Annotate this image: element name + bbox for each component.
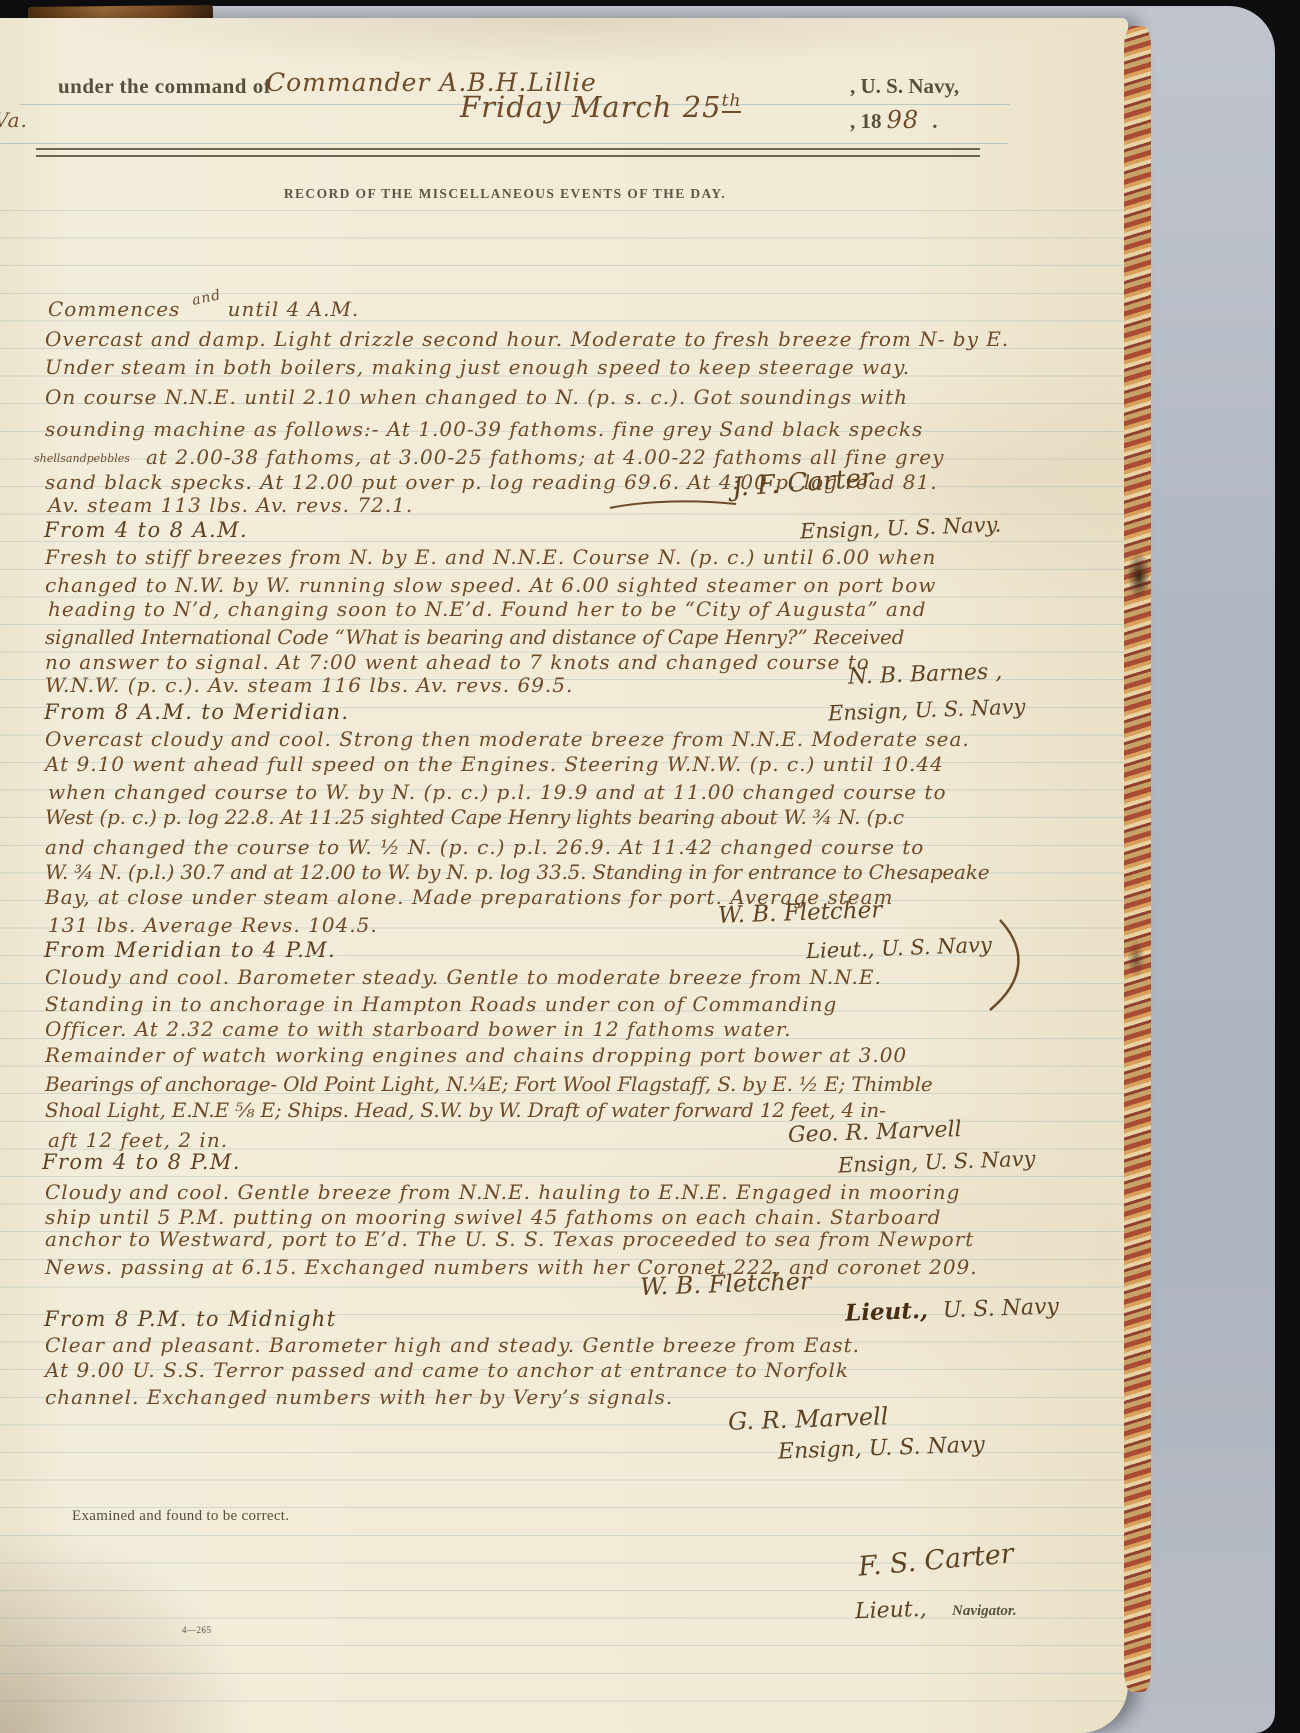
watch-header: From 8 A.M. to Meridian. bbox=[44, 700, 350, 724]
margin-note-va: Va. bbox=[0, 108, 28, 132]
log-line: and changed the course to W. ½ N. (p. c.… bbox=[45, 835, 924, 859]
form-number: 4—265 bbox=[182, 1625, 212, 1635]
log-line: At 9.00 U. S.S. Terror passed and came t… bbox=[45, 1358, 849, 1382]
navigator-title: Navigator. bbox=[952, 1603, 1017, 1620]
log-line: Av. steam 113 lbs. Av. revs. 72.1. bbox=[48, 493, 413, 517]
year-prefix: , 18 bbox=[850, 109, 882, 133]
record-title: RECORD OF THE MISCELLANEOUS EVENTS OF TH… bbox=[0, 186, 1010, 202]
log-line: sounding machine as follows:- At 1.00-39… bbox=[45, 417, 923, 441]
log-line: 131 lbs. Average Revs. 104.5. bbox=[48, 913, 378, 937]
examined-note: Examined and found to be correct. bbox=[72, 1508, 289, 1525]
log-line: Overcast and damp. Light drizzle second … bbox=[45, 327, 1009, 351]
log-line: signalled International Code “What is be… bbox=[45, 625, 904, 649]
log-line: Fresh to stiff breezes from N. by E. and… bbox=[45, 545, 936, 569]
log-line: Bearings of anchorage- Old Point Light, … bbox=[45, 1072, 933, 1096]
commences-text: Commences bbox=[48, 297, 180, 321]
header-divider-rule bbox=[36, 148, 980, 157]
watch-header: From 4 to 8 P.M. bbox=[42, 1150, 241, 1174]
pen-flourish bbox=[608, 496, 738, 512]
book-fore-edge bbox=[1124, 26, 1151, 1692]
navy-suffix-label: , U. S. Navy, bbox=[850, 74, 959, 99]
year-line: , 18 98 . bbox=[850, 106, 937, 134]
log-line: At 9.10 went ahead full speed on the Eng… bbox=[45, 752, 944, 776]
navigator-rank: Lieut., bbox=[855, 1597, 928, 1624]
date-ordinal: th bbox=[722, 91, 742, 113]
watch-header: From Meridian to 4 P.M. bbox=[44, 938, 336, 962]
log-line: Cloudy and cool. Gentle breeze from N.N.… bbox=[45, 1180, 960, 1204]
watch-header: From 4 to 8 A.M. bbox=[44, 518, 248, 542]
date-text: Friday March 25 bbox=[460, 90, 722, 124]
date-handwritten: Friday March 25th bbox=[460, 90, 741, 124]
log-line: heading to N’d, changing soon to N.E’d. … bbox=[48, 597, 927, 621]
log-line: On course N.N.E. until 2.10 when changed… bbox=[45, 385, 908, 409]
log-line-commences: Commencesanduntil 4 A.M. bbox=[48, 297, 359, 321]
log-line: Overcast cloudy and cool. Strong then mo… bbox=[45, 727, 970, 751]
signature-rank-rest: U. S. Navy bbox=[943, 1294, 1060, 1323]
log-line: Remainder of watch working engines and c… bbox=[45, 1043, 907, 1067]
log-line: aft 12 feet, 2 in. bbox=[48, 1128, 228, 1152]
logbook-page: under the command of Commander A.B.H.Lil… bbox=[0, 18, 1128, 1733]
log-line: no answer to signal. At 7:00 went ahead … bbox=[45, 650, 870, 674]
log-line: Clear and pleasant. Barometer high and s… bbox=[45, 1333, 860, 1357]
log-line: changed to N.W. by W. running slow speed… bbox=[45, 573, 936, 597]
ruled-line bbox=[0, 143, 1008, 144]
log-line: Shoal Light, E.N.E ⅝ E; Ships. Head, S.W… bbox=[45, 1098, 886, 1122]
log-line: News. passing at 6.15. Exchanged numbers… bbox=[45, 1255, 978, 1279]
log-line: Under steam in both boilers, making just… bbox=[45, 355, 910, 379]
signature: G. R. Marvell bbox=[728, 1402, 889, 1436]
log-line: Officer. At 2.32 came to with starboard … bbox=[45, 1017, 792, 1041]
inserted-note: shellsandpebbles bbox=[34, 452, 130, 465]
log-line: Standing in to anchorage in Hampton Road… bbox=[45, 992, 837, 1016]
signature: W. B. Fletcher bbox=[640, 1267, 812, 1301]
log-line: W. ¾ N. (p.l.) 30.7 and at 12.00 to W. b… bbox=[45, 860, 989, 884]
photo-background: { "header": { "command_prefix": "under t… bbox=[0, 0, 1300, 1733]
command-prefix-label: under the command of bbox=[58, 74, 271, 99]
watch-header: From 8 P.M. to Midnight bbox=[44, 1307, 337, 1331]
year-period: . bbox=[932, 109, 937, 133]
log-line: West (p. c.) p. log 22.8. At 11.25 sight… bbox=[45, 805, 904, 829]
log-line: Cloudy and cool. Barometer steady. Gentl… bbox=[45, 965, 882, 989]
log-line: W.N.W. (p. c.). Av. steam 116 lbs. Av. r… bbox=[45, 673, 573, 697]
year-handwritten: 98 bbox=[887, 106, 920, 134]
log-line: channel. Exchanged numbers with her by V… bbox=[45, 1385, 673, 1409]
pen-flourish bbox=[982, 918, 1032, 1014]
log-line: anchor to Westward, port to E’d. The U. … bbox=[45, 1227, 974, 1251]
log-line: when changed course to W. by N. (p. c.) … bbox=[48, 780, 947, 804]
log-line: ship until 5 P.M. putting on mooring swi… bbox=[45, 1205, 941, 1229]
commences-until: until 4 A.M. bbox=[228, 297, 360, 321]
signature-rank-bold: Lieut., bbox=[845, 1297, 929, 1327]
